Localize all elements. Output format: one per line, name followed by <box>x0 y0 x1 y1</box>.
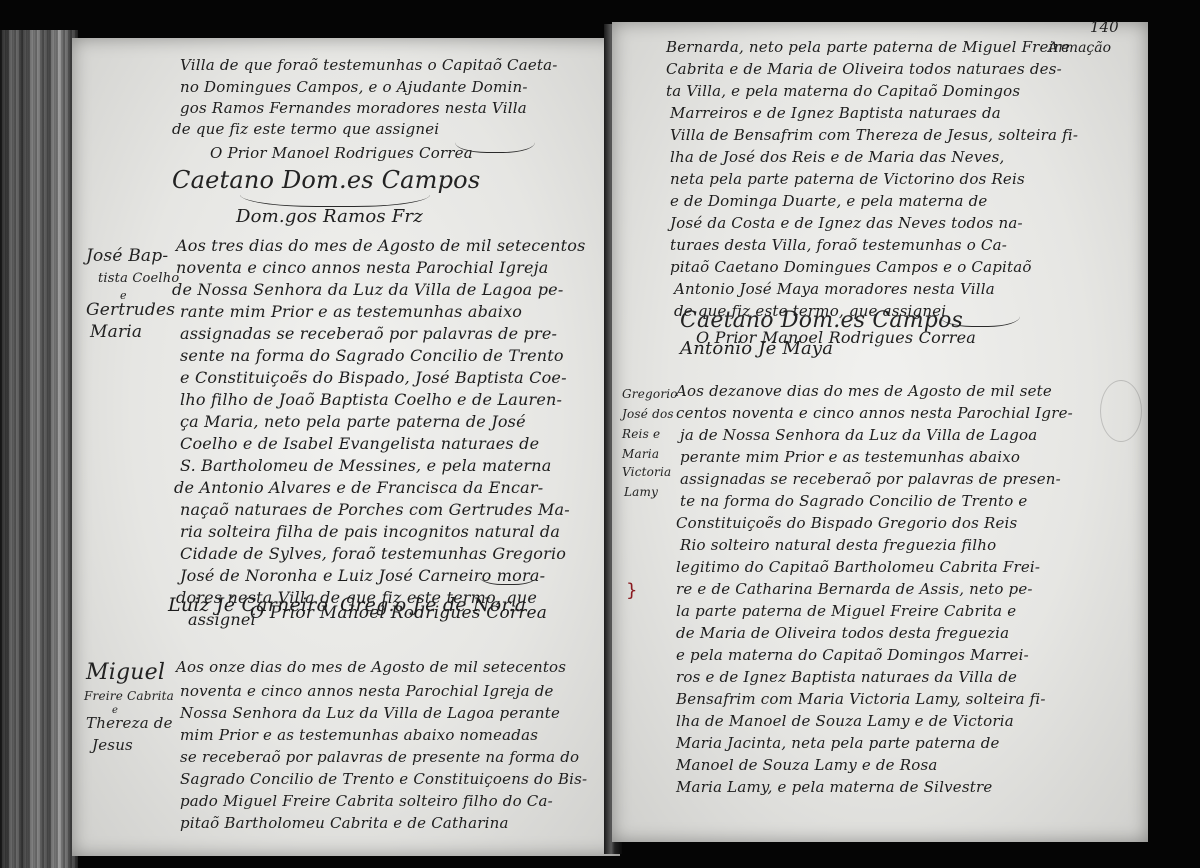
margin-note-line: Victoria <box>622 466 671 478</box>
text-line: Manoel de Souza Lamy e de Rosa <box>676 758 938 773</box>
text-line: ta Villa, e pela materna do Capitaõ Domi… <box>666 84 1020 99</box>
margin-note-line: Gregorio <box>622 388 678 400</box>
text-line: Aos dezanove dias do mes de Agosto de mi… <box>676 384 1052 399</box>
text-line: de Nossa Senhora da Luz da Villa de Lago… <box>172 282 563 298</box>
text-line: mim Prior e as testemunhas abaixo nomead… <box>180 728 538 743</box>
margin-note-line: Jesus <box>92 738 133 753</box>
text-line: Maria Jacinta, neta pela parte paterna d… <box>676 736 1000 751</box>
witness-signature: Caetano Dom.es Campos <box>680 310 963 332</box>
folio-number: 140 <box>1090 18 1119 36</box>
text-line: Antonio José Maya moradores nesta Villa <box>674 282 995 297</box>
text-line: Sagrado Concilio de Trento e Constituiço… <box>180 772 587 787</box>
text-line: S. Bartholomeu de Messines, e pela mater… <box>180 458 552 474</box>
text-line: sente na forma do Sagrado Concilio de Tr… <box>180 348 564 364</box>
text-line: se receberaõ por palavras de presente na… <box>180 750 579 765</box>
text-line: rante mim Prior e as testemunhas abaixo <box>180 304 522 320</box>
margin-note-line: Thereza de <box>86 716 173 731</box>
margin-note-line: Maria <box>622 448 659 460</box>
text-line: neta pela parte paterna de Victorino dos… <box>670 172 1025 187</box>
prior-signature: O Prior Manoel Rodrigues Correa <box>210 146 473 161</box>
bleed-through-stain <box>1100 380 1142 442</box>
text-line: Rio solteiro natural desta freguezia fil… <box>680 538 996 553</box>
text-line: ja de Nossa Senhora da Luz da Villa de L… <box>680 428 1037 443</box>
text-line: Marreiros e de Ignez Baptista naturaes d… <box>670 106 1001 121</box>
text-line: Aos tres dias do mes de Agosto de mil se… <box>176 238 585 254</box>
text-line: la parte paterna de Miguel Freire Cabrit… <box>676 604 1016 619</box>
margin-note-line: Reis e <box>622 428 660 440</box>
text-line: de que fiz este termo que assignei <box>172 122 439 137</box>
text-line: e pela materna do Capitaõ Domingos Marre… <box>676 648 1029 663</box>
margin-note-line: Miguel <box>86 662 165 684</box>
text-line: Cabrita e de Maria de Oliveira todos nat… <box>666 62 1062 77</box>
text-line: perante mim Prior e as testemunhas abaix… <box>680 450 1020 465</box>
text-line: ria solteira filha de pais incognitos na… <box>180 524 560 540</box>
text-line: de Maria de Oliveira todos desta freguez… <box>676 626 1009 641</box>
text-line: Constituiçoẽs do Bispado Gregorio dos Re… <box>676 516 1017 531</box>
text-line: noventa e cinco annos nesta Parochial Ig… <box>180 684 554 699</box>
witness-signature: Luiz Jé Carneiro <box>168 596 328 615</box>
margin-note-line: José Bap- <box>86 248 168 265</box>
signature-flourish <box>478 560 538 585</box>
margin-note-line: Gertrudes <box>86 302 175 319</box>
text-line: José da Costa e de Ignez das Neves todos… <box>670 216 1023 231</box>
text-line: Aos onze dias do mes de Agosto de mil se… <box>176 660 566 675</box>
margin-note-line: Maria <box>90 324 142 341</box>
text-line: e Constituiçoẽs do Bispado, José Baptist… <box>180 370 567 386</box>
text-line: Coelho e de Isabel Evangelista naturaes … <box>180 436 539 452</box>
text-line: naçaõ naturaes de Porches com Gertrudes … <box>180 502 570 518</box>
text-line: re e de Catharina Bernarda de Assis, net… <box>676 582 1033 597</box>
text-line: pado Miguel Freire Cabrita solteiro filh… <box>180 794 553 809</box>
text-line: centos noventa e cinco annos nesta Paroc… <box>676 406 1073 421</box>
signature-flourish <box>240 176 430 207</box>
margin-note-line: Lamy <box>624 486 658 498</box>
text-line: pitaõ Bartholomeu Cabrita e de Catharina <box>180 816 509 831</box>
margin-note-line: Freire Cabrita <box>84 690 174 702</box>
text-line: Bensafrim com Maria Victoria Lamy, solte… <box>676 692 1046 707</box>
book-spine-texture <box>0 30 78 868</box>
text-line: de Antonio Alvares e de Francisca da Enc… <box>174 480 543 496</box>
text-line: Maria Lamy, e pela materna de Silvestre <box>676 780 992 795</box>
text-line: turaes desta Villa, foraõ testemunhas o … <box>670 238 1007 253</box>
text-line: legitimo do Capitaõ Bartholomeu Cabrita … <box>676 560 1040 575</box>
red-bracket-mark: } <box>626 580 637 601</box>
margin-note-line: José dos <box>622 408 674 420</box>
text-line: e de Dominga Duarte, e pela materna de <box>670 194 988 209</box>
text-line: te na forma do Sagrado Concilio de Trent… <box>680 494 1028 509</box>
text-line: noventa e cinco annos nesta Parochial Ig… <box>176 260 549 276</box>
text-line: ça Maria, neto pela parte paterna de Jos… <box>180 414 526 430</box>
signature-flourish <box>455 126 535 153</box>
text-line: Villa de que foraõ testemunhas o Capitaõ… <box>180 58 558 73</box>
text-line: ros e de Ignez Baptista naturaes da Vill… <box>676 670 1017 685</box>
text-line: lho filho de Joaõ Baptista Coelho e de L… <box>180 392 562 408</box>
text-line: no Domingues Campos, e o Ajudante Domin- <box>180 80 528 95</box>
witness-signature: Greg.o J.e de Nor.a <box>340 596 526 615</box>
witness-signature: Dom.gos Ramos Frz <box>236 208 423 226</box>
text-line: gos Ramos Fernandes moradores nesta Vill… <box>180 101 527 116</box>
text-line: Villa de Bensafrim com Thereza de Jesus,… <box>670 128 1078 143</box>
text-line: assignadas se receberaõ por palavras de … <box>180 326 557 342</box>
text-line: lha de José dos Reis e de Maria das Neve… <box>670 150 1004 165</box>
text-line: pitaõ Caetano Domingues Campos e o Capit… <box>670 260 1032 275</box>
text-line: assignadas se receberaõ por palavras de … <box>680 472 1061 487</box>
witness-signature: Antonio Jé Maya <box>680 340 833 358</box>
text-line: Bernarda, neto pela parte paterna de Mig… <box>666 40 1070 55</box>
margin-note-line: tista Coelho <box>98 272 179 285</box>
text-line: Nossa Senhora da Luz da Villa de Lagoa p… <box>180 706 560 721</box>
text-line: lha de Manoel de Souza Lamy e de Victori… <box>676 714 1014 729</box>
